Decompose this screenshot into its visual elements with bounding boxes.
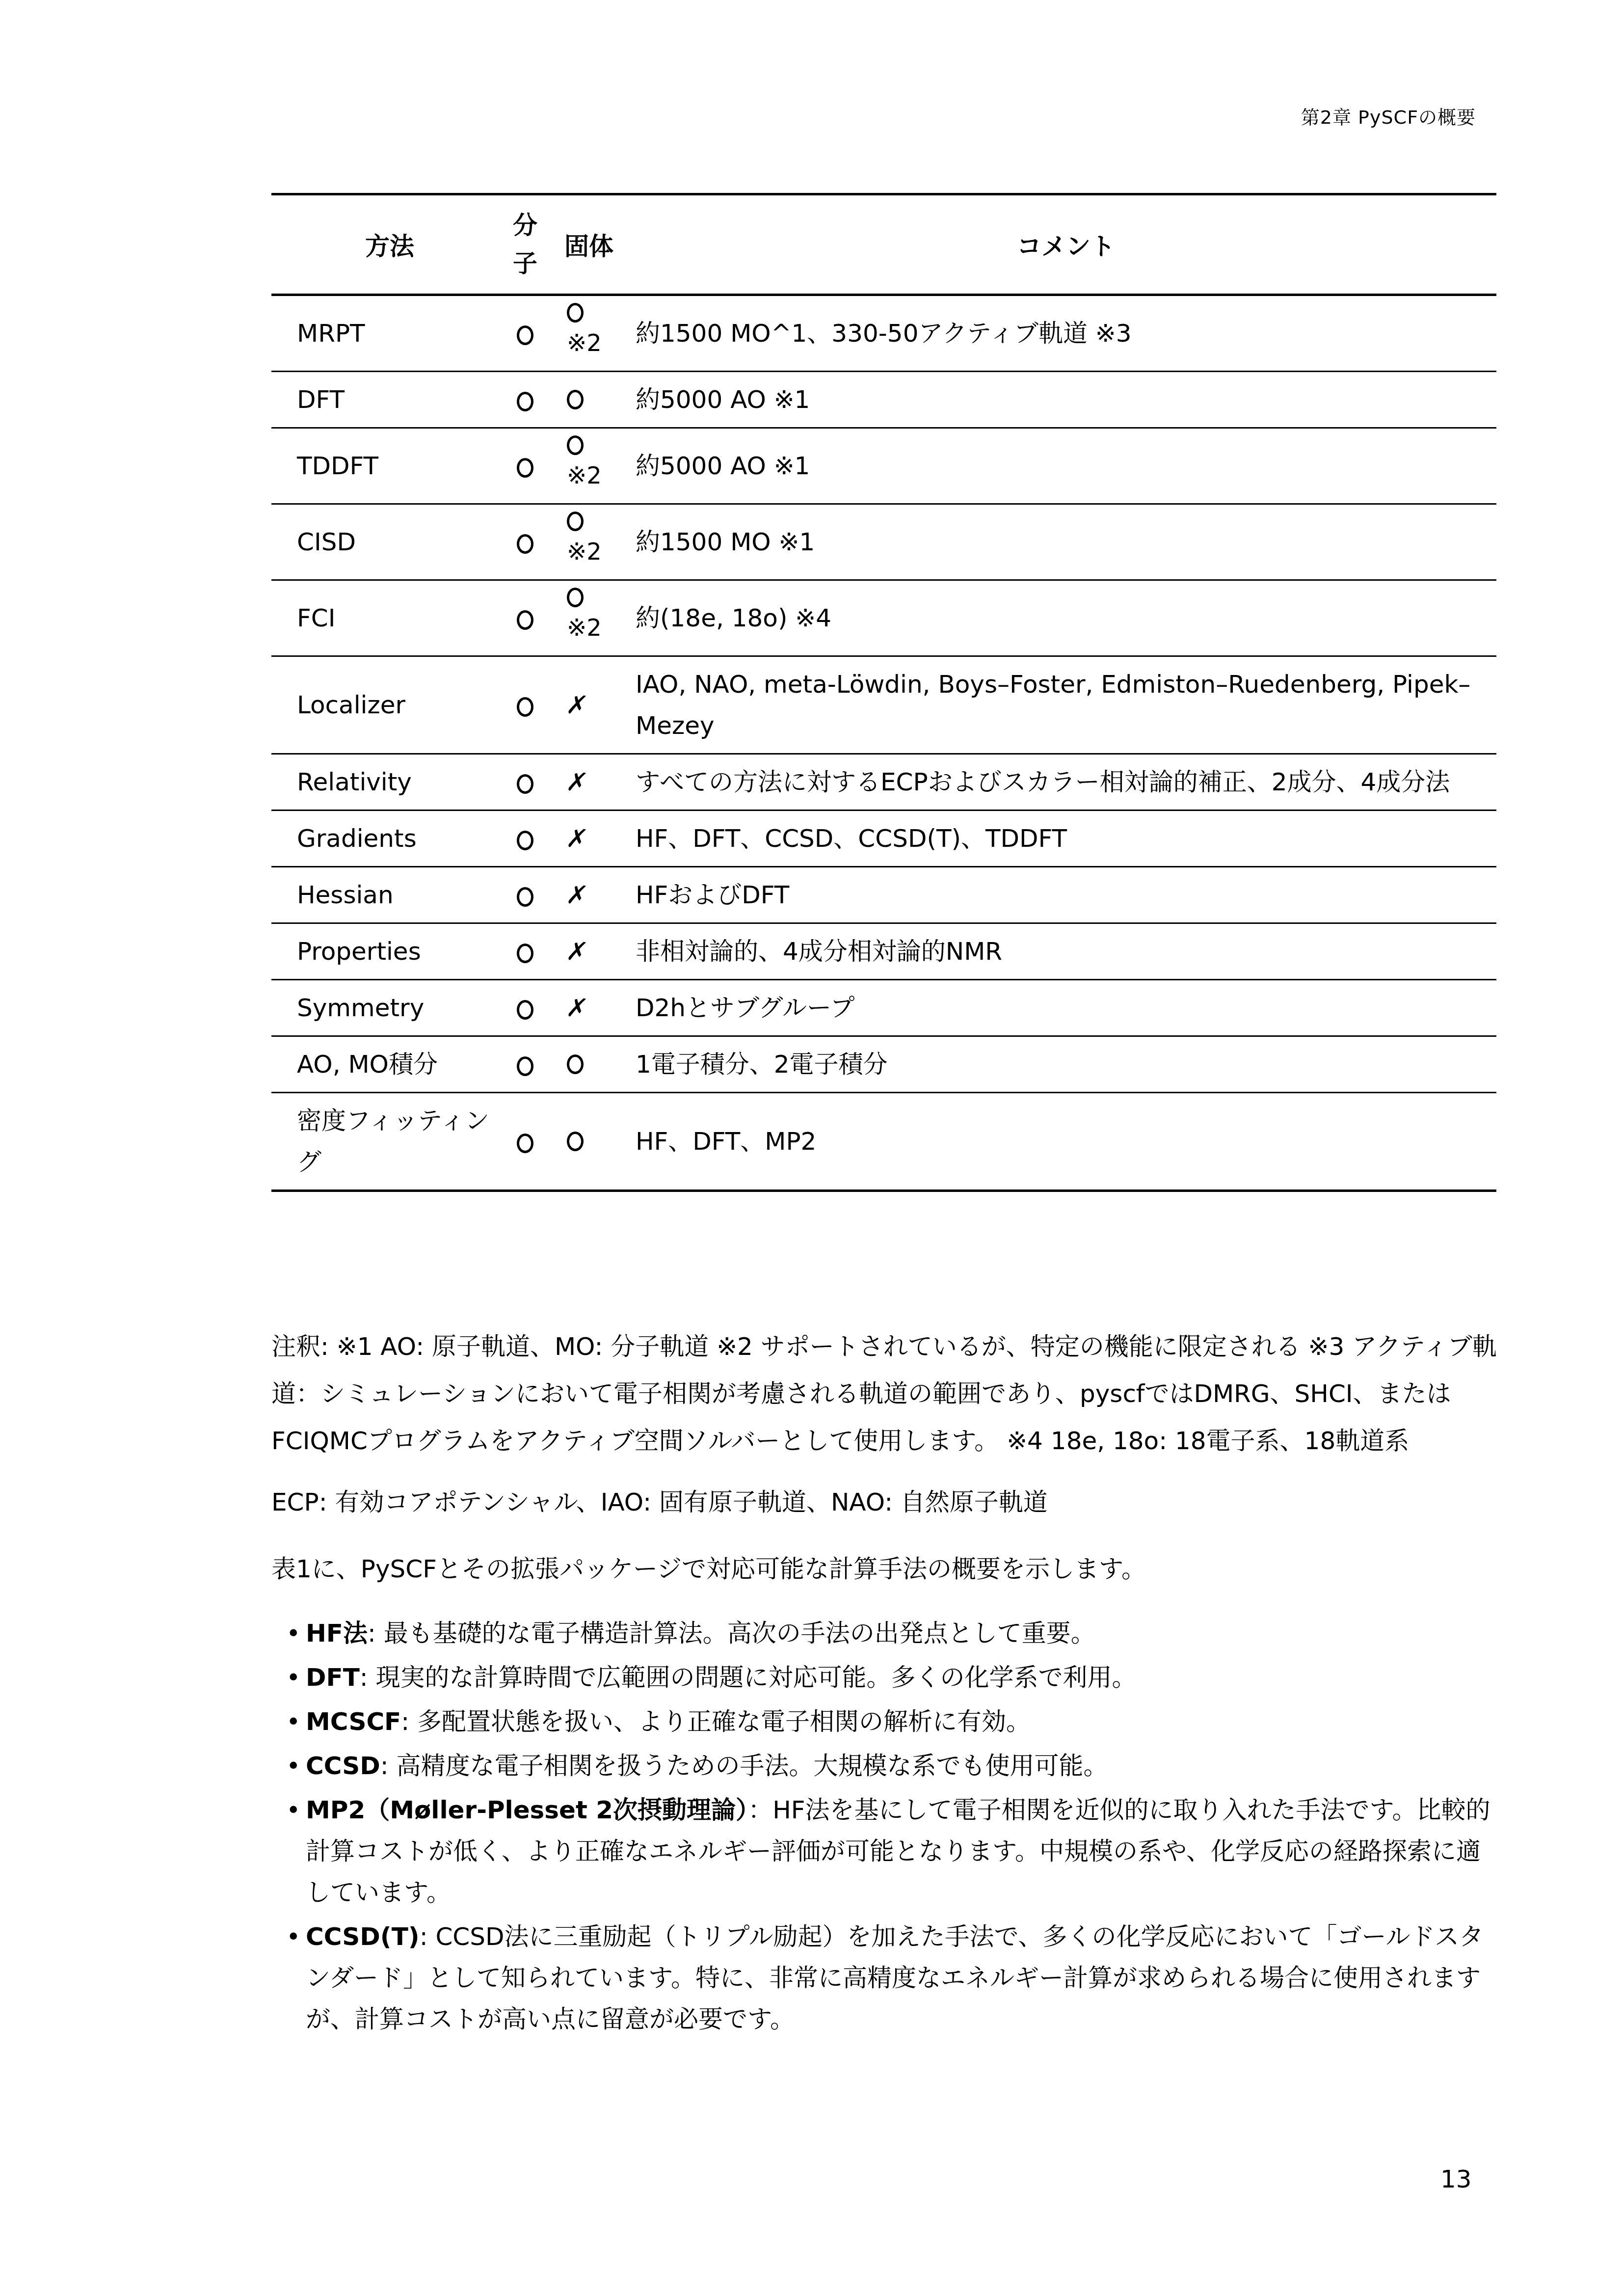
bullet-text: 高精度な電子相関を扱うための手法。大規模な系でも使用可能。: [397, 1752, 1108, 1780]
cell-molecule: [508, 504, 542, 580]
cell-molecule: [508, 1093, 542, 1191]
solid-mark-stack: [567, 1054, 636, 1074]
list-item: •CCSD(T): CCSD法に三重励起（トリプル励起）を加えた手法で、多くの化…: [286, 1916, 1493, 2040]
bullet-term: DFT: [306, 1663, 360, 1692]
cell-molecule: [508, 980, 542, 1036]
cell-solid: ✗: [542, 656, 636, 754]
unsupported-cross-icon: ✗: [563, 684, 591, 726]
solid-mark-stack: ※2: [567, 512, 636, 572]
cell-method: 密度フィッティング: [271, 1093, 508, 1191]
supported-circle-icon: [567, 1132, 584, 1151]
intro-paragraph: 表1に、PySCFとその拡張パッケージで対応可能な計算手法の概要を示します。: [271, 1545, 1498, 1593]
table-row: MRPT※2約1500 MO^1、330-50アクティブ軌道 ※3: [271, 295, 1496, 372]
table-body: MRPT※2約1500 MO^1、330-50アクティブ軌道 ※3DFT約500…: [271, 295, 1496, 1191]
supported-circle-icon: [517, 774, 533, 794]
cell-solid: [542, 372, 636, 428]
supported-circle-icon: [517, 944, 533, 963]
supported-circle-icon: [517, 697, 533, 717]
solid-footnote-ref: ※2: [567, 607, 602, 648]
cell-comment: HF、DFT、MP2: [636, 1093, 1496, 1191]
list-item: •DFT: 現実的な計算時間で広範囲の問題に対応可能。多くの化学系で利用。: [286, 1657, 1493, 1698]
cell-molecule: [508, 428, 542, 504]
bullet-separator: :: [368, 1619, 384, 1648]
cell-comment: IAO, NAO, meta-Löwdin, Boys–Foster, Edmi…: [636, 656, 1496, 754]
unsupported-cross-icon: ✗: [563, 761, 591, 803]
list-item: •MP2（Møller-Plesset 2次摂動理論）：HF法を基にして電子相関…: [286, 1789, 1493, 1913]
solid-mark-stack: ※2: [567, 588, 636, 648]
bullet-term: MP2（Møller-Plesset 2次摂動理論）: [306, 1796, 748, 1824]
table-row: Localizer✗IAO, NAO, meta-Löwdin, Boys–Fo…: [271, 656, 1496, 754]
cell-solid: ※2: [542, 580, 636, 656]
column-header-comment: コメント: [636, 194, 1496, 295]
column-header-molecule-char: 子: [508, 244, 542, 283]
solid-mark-stack: [567, 390, 636, 409]
abbreviations-paragraph: ECP: 有効コアポテンシャル、IAO: 固有原子軌道、NAO: 自然原子軌道: [271, 1479, 1498, 1526]
solid-mark-stack: ✗: [567, 931, 636, 972]
cell-method: Hessian: [271, 867, 508, 923]
running-header: 第2章 PySCFの概要: [1301, 102, 1476, 129]
cell-solid: ※2: [542, 504, 636, 580]
supported-circle-icon: [517, 325, 533, 345]
cell-molecule: [508, 1036, 542, 1093]
cell-molecule: [508, 656, 542, 754]
solid-mark-stack: [567, 1132, 636, 1151]
cell-solid: ✗: [542, 867, 636, 923]
supported-circle-icon: [517, 887, 533, 907]
cell-comment: 非相対論的、4成分相対論的NMR: [636, 923, 1496, 980]
table-header-row: 方法 分子 固体 コメント: [271, 194, 1496, 295]
cell-comment: 約5000 AO ※1: [636, 372, 1496, 428]
cell-comment: 約1500 MO^1、330-50アクティブ軌道 ※3: [636, 295, 1496, 372]
solid-mark-stack: ※2: [567, 303, 636, 364]
bullet-separator: :: [401, 1707, 417, 1736]
solid-footnote-ref: ※2: [567, 323, 602, 364]
bullet-term: CCSD: [306, 1752, 380, 1780]
bullet-text: CCSD法に三重励起（トリプル励起）を加えた手法で、多くの化学反応において「ゴー…: [306, 1922, 1484, 2033]
supported-circle-icon: [517, 392, 533, 411]
cell-method: Gradients: [271, 810, 508, 867]
cell-solid: ✗: [542, 980, 636, 1036]
cell-method: CISD: [271, 504, 508, 580]
table-row: Symmetry✗D2hとサブグループ: [271, 980, 1496, 1036]
supported-circle-icon: [517, 1134, 533, 1153]
bullet-text: 多配置状態を扱い、より正確な電子相関の解析に有効。: [417, 1707, 1031, 1736]
supported-circle-icon: [517, 831, 533, 850]
table-row: TDDFT※2約5000 AO ※1: [271, 428, 1496, 504]
cell-method: Symmetry: [271, 980, 508, 1036]
solid-mark-stack: ※2: [567, 435, 636, 496]
bullet-dot-icon: •: [286, 1657, 301, 1698]
solid-mark-stack: ✗: [567, 987, 636, 1028]
bullet-text: 現実的な計算時間で広範囲の問題に対応可能。多くの化学系で利用。: [376, 1663, 1137, 1692]
cell-method: DFT: [271, 372, 508, 428]
list-item: •HF法: 最も基礎的な電子構造計算法。高次の手法の出発点として重要。: [286, 1613, 1493, 1654]
bullet-dot-icon: •: [286, 1613, 301, 1654]
table-row: FCI※2約(18e, 18o) ※4: [271, 580, 1496, 656]
unsupported-cross-icon: ✗: [563, 987, 591, 1028]
column-header-molecule-label: 分子: [508, 206, 542, 283]
cell-method: Properties: [271, 923, 508, 980]
method-bullet-list: •HF法: 最も基礎的な電子構造計算法。高次の手法の出発点として重要。•DFT:…: [286, 1613, 1493, 2043]
column-header-solid: 固体: [542, 194, 636, 295]
cell-molecule: [508, 372, 542, 428]
cell-molecule: [508, 810, 542, 867]
cell-method: FCI: [271, 580, 508, 656]
supported-circle-icon: [567, 1054, 584, 1074]
cell-solid: ✗: [542, 754, 636, 810]
cell-solid: [542, 1093, 636, 1191]
cell-comment: 約1500 MO ※1: [636, 504, 1496, 580]
solid-footnote-ref: ※2: [567, 531, 602, 572]
supported-circle-icon: [567, 303, 584, 323]
table-row: CISD※2約1500 MO ※1: [271, 504, 1496, 580]
cell-molecule: [508, 295, 542, 372]
cell-comment: HFおよびDFT: [636, 867, 1496, 923]
list-item: •CCSD: 高精度な電子相関を扱うための手法。大規模な系でも使用可能。: [286, 1745, 1493, 1786]
cell-solid: ✗: [542, 810, 636, 867]
bullet-term: HF法: [306, 1619, 368, 1648]
bullet-separator: :: [420, 1922, 436, 1951]
solid-mark-stack: ✗: [567, 684, 636, 726]
table-row: Hessian✗HFおよびDFT: [271, 867, 1496, 923]
list-item: •MCSCF: 多配置状態を扱い、より正確な電子相関の解析に有効。: [286, 1701, 1493, 1742]
bullet-term: MCSCF: [306, 1707, 401, 1736]
supported-circle-icon: [567, 390, 584, 409]
cell-comment: 約(18e, 18o) ※4: [636, 580, 1496, 656]
cell-comment: 1電子積分、2電子積分: [636, 1036, 1496, 1093]
cell-comment: 約5000 AO ※1: [636, 428, 1496, 504]
column-header-molecule: 分子: [508, 194, 542, 295]
bullet-dot-icon: •: [286, 1916, 301, 1957]
column-header-method: 方法: [271, 194, 508, 295]
supported-circle-icon: [567, 512, 584, 531]
cell-solid: [542, 1036, 636, 1093]
footnote-paragraph: 注釈: ※1 AO: 原子軌道、MO: 分子軌道 ※2 サポートされているが、特…: [271, 1323, 1498, 1464]
cell-comment: すべての方法に対するECPおよびスカラー相対論的補正、2成分、4成分法: [636, 754, 1496, 810]
solid-footnote-ref: ※2: [567, 455, 602, 496]
bullet-term: CCSD(T): [306, 1922, 420, 1951]
supported-circle-icon: [517, 610, 533, 630]
cell-molecule: [508, 867, 542, 923]
cell-molecule: [508, 580, 542, 656]
supported-circle-icon: [517, 1056, 533, 1076]
page-number: 13: [1440, 2165, 1472, 2193]
cell-method: AO, MO積分: [271, 1036, 508, 1093]
table-row: DFT約5000 AO ※1: [271, 372, 1496, 428]
methods-table: 方法 分子 固体 コメント MRPT※2約1500 MO^1、330-50アクテ…: [271, 193, 1496, 1192]
bullet-text: 最も基礎的な電子構造計算法。高次の手法の出発点として重要。: [384, 1619, 1095, 1648]
bullet-dot-icon: •: [286, 1745, 301, 1786]
table-row: Properties✗非相対論的、4成分相対論的NMR: [271, 923, 1496, 980]
cell-molecule: [508, 754, 542, 810]
unsupported-cross-icon: ✗: [563, 874, 591, 916]
bullet-separator: :: [380, 1752, 397, 1780]
cell-solid: ※2: [542, 295, 636, 372]
table-row: Relativity✗すべての方法に対するECPおよびスカラー相対論的補正、2成…: [271, 754, 1496, 810]
table-row: AO, MO積分1電子積分、2電子積分: [271, 1036, 1496, 1093]
cell-method: MRPT: [271, 295, 508, 372]
unsupported-cross-icon: ✗: [563, 818, 591, 859]
table-row: 密度フィッティングHF、DFT、MP2: [271, 1093, 1496, 1191]
column-header-molecule-char: 分: [508, 206, 542, 244]
supported-circle-icon: [567, 435, 584, 455]
bullet-dot-icon: •: [286, 1701, 301, 1742]
bullet-separator: :: [360, 1663, 376, 1692]
solid-mark-stack: ✗: [567, 874, 636, 916]
cell-solid: ※2: [542, 428, 636, 504]
supported-circle-icon: [517, 458, 533, 478]
cell-solid: ✗: [542, 923, 636, 980]
cell-molecule: [508, 923, 542, 980]
bullet-dot-icon: •: [286, 1789, 301, 1831]
supported-circle-icon: [517, 534, 533, 554]
cell-method: Localizer: [271, 656, 508, 754]
cell-method: Relativity: [271, 754, 508, 810]
cell-comment: HF、DFT、CCSD、CCSD(T)、TDDFT: [636, 810, 1496, 867]
unsupported-cross-icon: ✗: [563, 931, 591, 972]
supported-circle-icon: [517, 1000, 533, 1020]
solid-mark-stack: ✗: [567, 761, 636, 803]
cell-comment: D2hとサブグループ: [636, 980, 1496, 1036]
cell-method: TDDFT: [271, 428, 508, 504]
methods-table-container: 方法 分子 固体 コメント MRPT※2約1500 MO^1、330-50アクテ…: [271, 193, 1496, 1192]
solid-mark-stack: ✗: [567, 818, 636, 859]
bullet-separator: ：: [748, 1796, 772, 1824]
table-row: Gradients✗HF、DFT、CCSD、CCSD(T)、TDDFT: [271, 810, 1496, 867]
supported-circle-icon: [567, 588, 584, 607]
